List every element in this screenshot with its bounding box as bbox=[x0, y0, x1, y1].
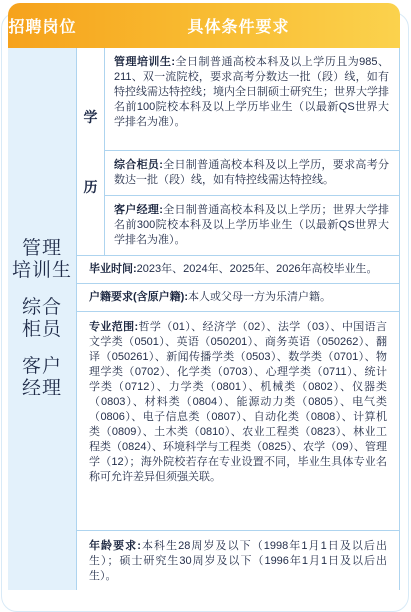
position-line: 综合 bbox=[22, 297, 62, 319]
position-line: 管理 bbox=[12, 238, 72, 260]
recruitment-table: 招聘岗位 具体条件要求 管理 培训生 综合 柜员 客户 经理 学 历 bbox=[8, 3, 400, 572]
position-line: 客户 bbox=[22, 356, 62, 378]
requirement-label: 专业范围: bbox=[89, 321, 138, 333]
education-label-char: 学 bbox=[84, 107, 98, 127]
education-cell-management-trainee: 管理培训生:全日制普通高校本科及以上学历且为985、211、双一流院校，要求高考… bbox=[105, 48, 399, 151]
requirement-label: 年龄要求: bbox=[89, 540, 141, 552]
education-label-char: 历 bbox=[84, 177, 98, 197]
row-age-requirement: 年龄要求:本科生28周岁及以下（1998年1月1日及以后出生）；硕士研究生30周… bbox=[77, 531, 399, 572]
position-line: 柜员 bbox=[22, 319, 62, 341]
table-body: 管理 培训生 综合 柜员 客户 经理 学 历 管理培训生:全日制普通高校 bbox=[8, 48, 400, 572]
positions-column: 管理 培训生 综合 柜员 客户 经理 bbox=[8, 48, 77, 572]
requirements-column: 学 历 管理培训生:全日制普通高校本科及以上学历且为985、211、双一流院校，… bbox=[77, 48, 399, 572]
requirement-text: 2023年、2024年、2025年、2026年高校毕业生。 bbox=[137, 263, 378, 275]
row-major-scope: 专业范围:哲学（01）、经济学（02）、法学（03）、中国语言文学类（0501）… bbox=[77, 312, 399, 531]
requirement-label: 户籍要求(含原户籍): bbox=[89, 291, 188, 303]
position-line: 经理 bbox=[22, 378, 62, 400]
education-cell-account-manager: 客户经理:全日制普通高校本科及以上学历；世界大学排名前300院校本科及以上学历毕… bbox=[105, 196, 399, 255]
position-line: 培训生 bbox=[12, 260, 72, 282]
header-col-positions: 招聘岗位 bbox=[8, 14, 77, 37]
education-section: 学 历 管理培训生:全日制普通高校本科及以上学历且为985、211、双一流院校，… bbox=[77, 48, 399, 256]
education-cells: 管理培训生:全日制普通高校本科及以上学历且为985、211、双一流院校，要求高考… bbox=[105, 48, 399, 255]
requirement-label: 综合柜员: bbox=[114, 159, 163, 171]
header-col-requirements: 具体条件要求 bbox=[77, 14, 400, 37]
requirement-label: 管理培训生: bbox=[114, 56, 175, 68]
education-cell-teller: 综合柜员:全日制普通高校本科及以上学历，要求高考分数达一批（段）线，如有特控线需… bbox=[105, 151, 399, 196]
table-header: 招聘岗位 具体条件要求 bbox=[8, 3, 400, 48]
education-label: 学 历 bbox=[77, 48, 105, 255]
row-household-registration: 户籍要求(含原户籍):本人或父母一方为乐清户籍。 bbox=[77, 284, 399, 312]
position-item-management-trainee: 管理 培训生 bbox=[12, 238, 72, 282]
requirement-label: 客户经理: bbox=[114, 204, 163, 216]
position-item-account-manager: 客户 经理 bbox=[22, 356, 62, 400]
row-graduation-time: 毕业时间:2023年、2024年、2025年、2026年高校毕业生。 bbox=[77, 256, 399, 284]
position-item-teller: 综合 柜员 bbox=[22, 297, 62, 341]
requirement-text: 哲学（01）、经济学（02）、法学（03）、中国语言文学类（0501）、英语（0… bbox=[89, 321, 387, 483]
requirement-text: 本人或父母一方为乐清户籍。 bbox=[188, 291, 331, 303]
requirement-label: 毕业时间: bbox=[89, 263, 137, 275]
